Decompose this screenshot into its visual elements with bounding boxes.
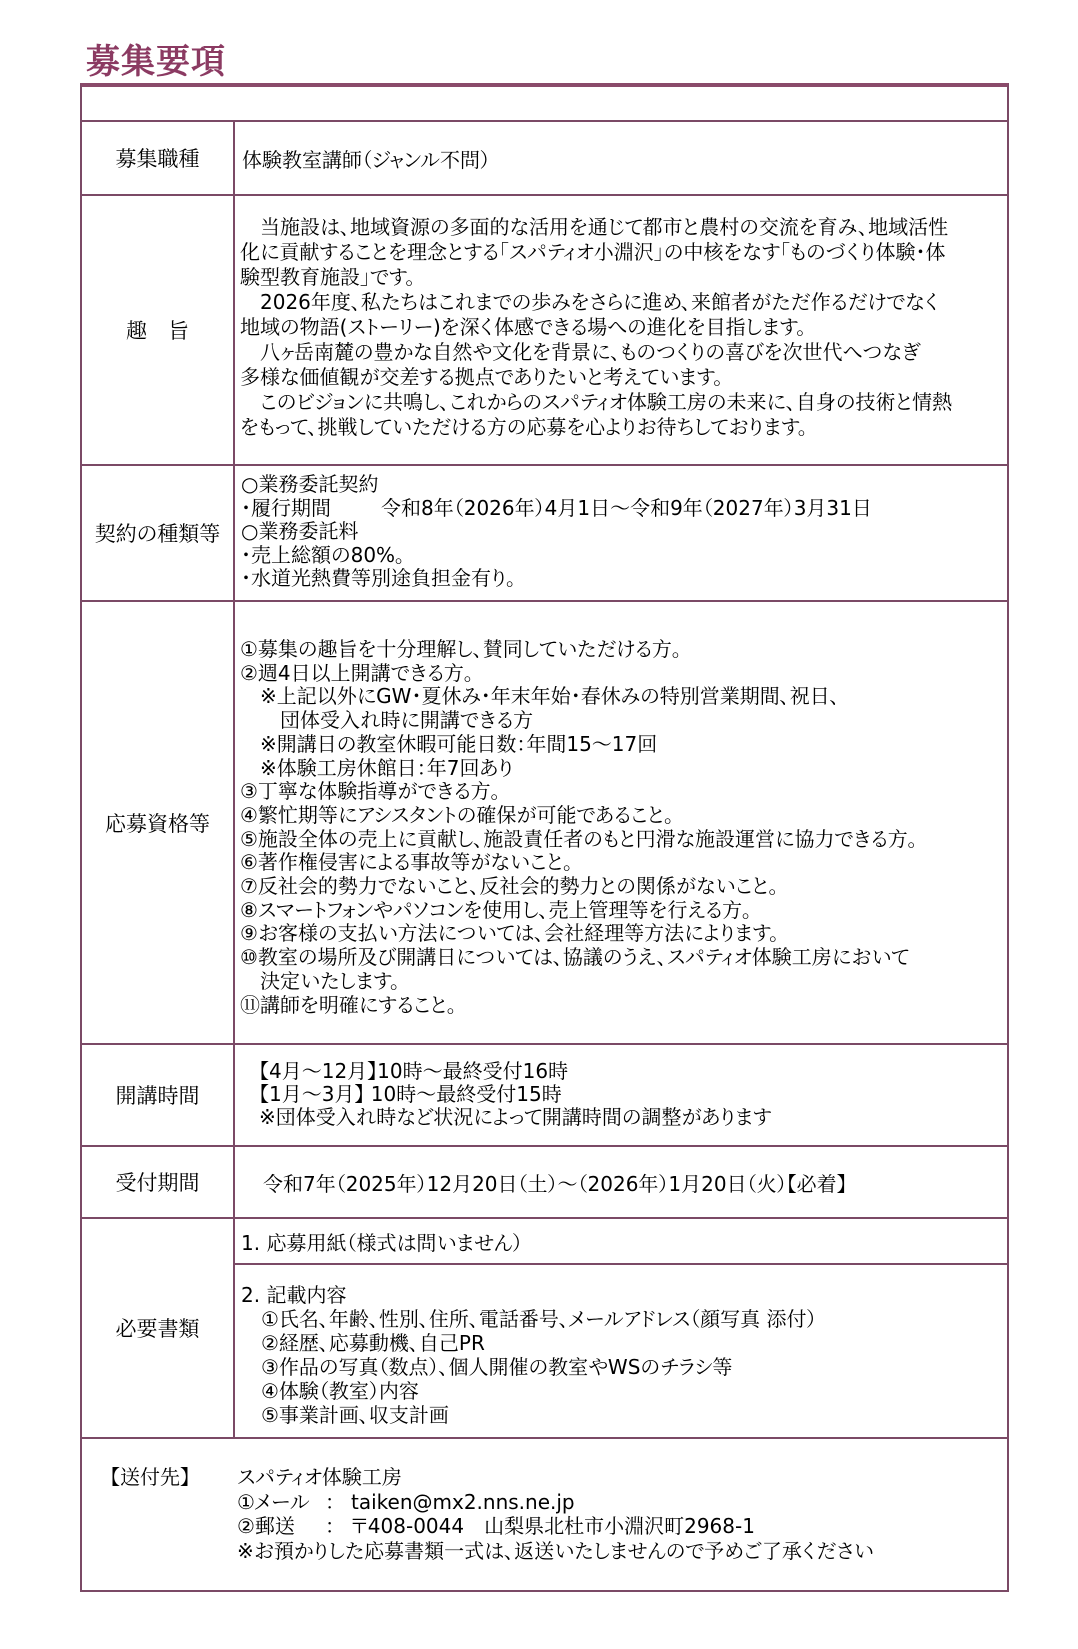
- purpose-line: 験型教育施設」です。: [240, 265, 1007, 290]
- qualification-line: ④繁忙期等にアシスタントの確保が可能であること。: [240, 804, 1007, 828]
- qualification-line: 団体受入れ時に開講できる方: [240, 709, 1007, 733]
- send-to-label: 【送付先】: [110, 1465, 190, 1490]
- row-content-documents: 1. 応募用紙（様式は問いません） 2. 記載内容 ①氏名、年齢、性別、住所、電…: [235, 1219, 1007, 1437]
- row-label-position: 募集職種: [82, 122, 235, 194]
- send-method-separator: ：: [325, 1490, 351, 1515]
- hours-line: 【4月～12月】10時～最終受付16時: [259, 1060, 1007, 1083]
- documents-contents-heading: 2. 記載内容: [241, 1283, 1007, 1307]
- documents-content-item: ④体験（教室）内容: [241, 1379, 1007, 1403]
- page-title: 募集要項: [86, 42, 226, 82]
- qualification-line: ※上記以外にGW・夏休み・年末年始・春休みの特別営業期間、祝日、: [240, 685, 1007, 709]
- documents-form: 1. 応募用紙（様式は問いません）: [241, 1227, 522, 1256]
- purpose-line: 当施設は、地域資源の多面的な活用を通じて都市と農村の交流を育み、地域活性: [240, 215, 1007, 240]
- hours-line: 【1月～3月】 10時～最終受付15時: [259, 1083, 1007, 1106]
- contract-term-value: 令和8年（2026年）4月1日～令和9年（2027年）3月31日: [381, 496, 872, 520]
- email-address: taiken@mx2.nns.ne.jp: [351, 1490, 575, 1514]
- qualification-line: ※開講日の教室休暇可能日数：年間15～17回: [240, 733, 1007, 757]
- purpose-line: 八ヶ岳南麓の豊かな自然や文化を背景に、ものつくりの喜びを次世代へつなぎ: [240, 340, 1007, 365]
- row-content-application-period: 令和7年（2025年）12月20日（土）～（2026年）1月20日（火）【必着】: [235, 1147, 1007, 1217]
- contract-fee-line: ・水道光熱費等別途負担金有り。: [241, 567, 1007, 591]
- send-method-label: ②郵送: [237, 1514, 325, 1539]
- application-period-value: 令和7年（2025年）12月20日（土）～（2026年）1月20日（火）【必着】: [263, 1168, 847, 1197]
- contract-fee-line: ・売上総額の80%。: [241, 544, 1007, 568]
- send-method-email: ①メール：taiken@mx2.nns.ne.jp: [237, 1490, 874, 1515]
- row-content-contract: ○業務委託契約 ・履行期間令和8年（2026年）4月1日～令和9年（2027年）…: [235, 466, 1007, 600]
- table-row-documents: 必要書類 1. 応募用紙（様式は問いません） 2. 記載内容 ①氏名、年齢、性別…: [82, 1219, 1007, 1439]
- contract-fee-heading: ○業務委託料: [241, 520, 1007, 544]
- documents-content-item: ⑤事業計画、収支計画: [241, 1403, 1007, 1427]
- contract-type: ○業務委託契約: [241, 473, 1007, 497]
- purpose-line: 化に貢献することを理念とする「スパティオ小淵沢」の中核をなす「ものづくり体験・体: [240, 240, 1007, 265]
- qualification-line: ⑤施設全体の売上に貢献し、施設責任者のもと円滑な施設運営に協力できる方。: [240, 828, 1007, 852]
- purpose-line: 2026年度、私たちはこれまでの歩みをさらに進め、来館者がただ作るだけでなく: [240, 290, 1007, 315]
- qualification-line: ③丁寧な体験指導ができる方。: [240, 780, 1007, 804]
- qualification-line: ①募集の趣旨を十分理解し、賛同していただける方。: [240, 638, 1007, 662]
- qualification-line: 決定いたします。: [240, 970, 1007, 994]
- row-label-qualifications: 応募資格等: [82, 602, 235, 1043]
- row-content-purpose: 当施設は、地域資源の多面的な活用を通じて都市と農村の交流を育み、地域活性 化に貢…: [235, 196, 1007, 464]
- postal-address: 〒408-0044 山梨県北杜市小淵沢町2968-1: [351, 1514, 755, 1538]
- row-label-hours: 開講時間: [82, 1045, 235, 1145]
- send-method-post: ②郵送：〒408-0044 山梨県北杜市小淵沢町2968-1: [237, 1514, 874, 1539]
- position-value: 体験教室講師（ジャンル不問）: [242, 144, 490, 173]
- row-content-qualifications: ①募集の趣旨を十分理解し、賛同していただける方。 ②週4日以上開講できる方。 ※…: [235, 602, 1007, 1043]
- table-row-hours: 開講時間 【4月～12月】10時～最終受付16時 【1月～3月】 10時～最終受…: [82, 1045, 1007, 1147]
- documents-form-cell: 1. 応募用紙（様式は問いません）: [235, 1219, 1007, 1265]
- qualification-line: ⑩教室の場所及び開講日については、協議のうえ、スパティオ体験工房において: [240, 946, 1007, 970]
- qualification-line: ※体験工房休館日：年7回あり: [240, 757, 1007, 781]
- table-row-send-to: 【送付先】 スパティオ体験工房 ①メール：taiken@mx2.nns.ne.j…: [82, 1439, 1007, 1592]
- send-to-note: ※お預かりした応募書類一式は、返送いたしませんので予めご了承ください: [237, 1539, 874, 1564]
- send-method-label: ①メール: [237, 1490, 325, 1515]
- documents-content-item: ③作品の写真（数点）、個人開催の教室やWSのチラシ等: [241, 1355, 1007, 1379]
- documents-content-item: ②経歴、応募動機、自己PR: [241, 1331, 1007, 1355]
- qualification-line: ⑪講師を明確にすること。: [240, 994, 1007, 1018]
- qualification-line: ⑦反社会的勢力でないこと、反社会的勢力との関係がないこと。: [240, 875, 1007, 899]
- purpose-line: 多様な価値観が交差する拠点でありたいと考えています。: [240, 365, 1007, 390]
- qualification-line: ②週4日以上開講できる方。: [240, 662, 1007, 686]
- purpose-line: をもって、挑戦していただける方の応募を心よりお待ちしております。: [240, 415, 1007, 440]
- send-to-body: スパティオ体験工房 ①メール：taiken@mx2.nns.ne.jp ②郵送：…: [237, 1465, 874, 1563]
- qualification-line: ⑧スマートフォンやパソコンを使用し、売上管理等を行える方。: [240, 899, 1007, 923]
- row-label-contract: 契約の種類等: [82, 466, 235, 600]
- row-label-purpose: 趣 旨: [82, 196, 235, 464]
- recruitment-details-table: 募集職種 体験教室講師（ジャンル不問） 趣 旨 当施設は、地域資源の多面的な活用…: [80, 83, 1009, 1592]
- qualification-line: ⑨お客様の支払い方法については、会社経理等方法によります。: [240, 922, 1007, 946]
- row-content-position: 体験教室講師（ジャンル不問）: [235, 122, 1007, 194]
- contract-term-label: ・履行期間: [241, 497, 381, 521]
- purpose-line: このビジョンに共鳴し、これからのスパティオ体験工房の未来に、自身の技術と情熱: [240, 390, 1007, 415]
- send-method-separator: ：: [325, 1514, 351, 1539]
- hours-line: ※団体受入れ時など状況によって開講時間の調整があります: [259, 1106, 1007, 1129]
- documents-contents-cell: 2. 記載内容 ①氏名、年齢、性別、住所、電話番号、メールアドレス（顔写真 添付…: [235, 1265, 1007, 1427]
- send-to-name: スパティオ体験工房: [237, 1465, 874, 1490]
- purpose-line: 地域の物語(ストーリー)を深く体感できる場への進化を目指します。: [240, 315, 1007, 340]
- contract-term: ・履行期間令和8年（2026年）4月1日～令和9年（2027年）3月31日: [241, 497, 1007, 521]
- table-row-qualifications: 応募資格等 ①募集の趣旨を十分理解し、賛同していただける方。 ②週4日以上開講で…: [82, 602, 1007, 1045]
- table-row-contract: 契約の種類等 ○業務委託契約 ・履行期間令和8年（2026年）4月1日～令和9年…: [82, 466, 1007, 602]
- row-label-application-period: 受付期間: [82, 1147, 235, 1217]
- table-row-position: 募集職種 体験教室講師（ジャンル不問）: [82, 122, 1007, 196]
- row-label-documents: 必要書類: [82, 1219, 235, 1437]
- row-content-hours: 【4月～12月】10時～最終受付16時 【1月～3月】 10時～最終受付15時 …: [235, 1045, 1007, 1145]
- table-empty-row: [82, 87, 1007, 122]
- qualification-line: ⑥著作権侵害による事故等がないこと。: [240, 851, 1007, 875]
- table-row-application-period: 受付期間 令和7年（2025年）12月20日（土）～（2026年）1月20日（火…: [82, 1147, 1007, 1219]
- documents-content-item: ①氏名、年齢、性別、住所、電話番号、メールアドレス（顔写真 添付）: [241, 1307, 1007, 1331]
- recruitment-document-page: 募集要項 募集職種 体験教室講師（ジャンル不問） 趣 旨 当施設は、地域資源の多…: [0, 0, 1078, 1649]
- table-row-purpose: 趣 旨 当施設は、地域資源の多面的な活用を通じて都市と農村の交流を育み、地域活性…: [82, 196, 1007, 466]
